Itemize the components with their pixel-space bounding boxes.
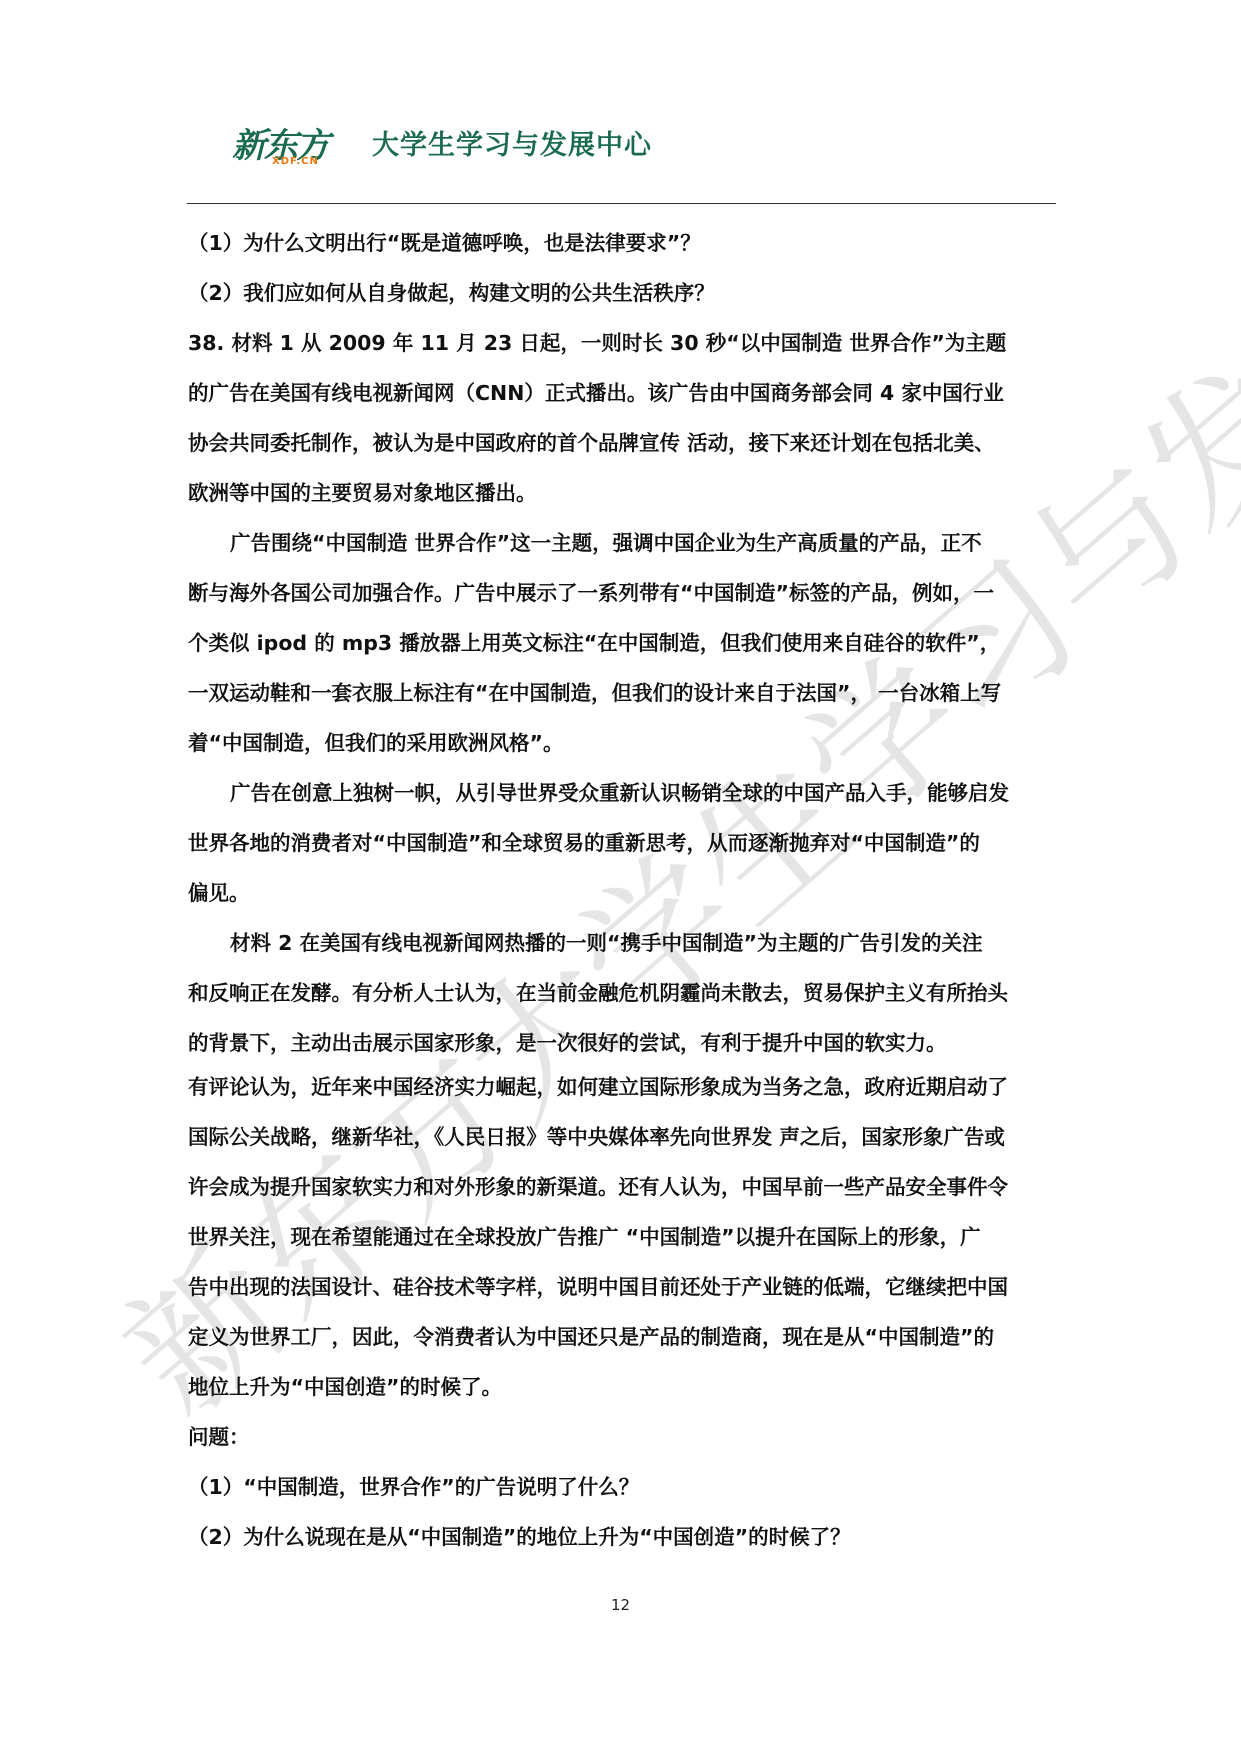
paragraph-line: 欧洲等中国的主要贸易对象地区播出。 xyxy=(188,468,1056,518)
question-line: （2）我们应如何从自身做起，构建文明的公共生活秩序？ xyxy=(188,268,1056,318)
center-title: 大学生学习与发展中心 xyxy=(372,124,652,168)
header-divider xyxy=(187,203,1056,204)
page-header: 新东方 XDF.CN 大学生学习与发展中心 xyxy=(232,124,652,168)
paragraph-line: 的背景下，主动出击展示国家形象，是一次很好的尝试，有利于提升中国的软实力。 xyxy=(188,1018,1056,1068)
paragraph-line: 国际公关战略，继新华社，《人民日报》等中央媒体率先向世界发 声之后，国家形象广告… xyxy=(188,1112,1056,1162)
paragraph-line: 协会共同委托制作，被认为是中国政府的首个品牌宣传 活动，接下来还计划在包括北美、 xyxy=(188,418,1056,468)
page-number: 12 xyxy=(0,1596,1241,1614)
paragraph-line: 着“中国制造，但我们的采用欧洲风格”。 xyxy=(188,718,1056,768)
logo-sub-text: XDF.CN xyxy=(272,156,319,167)
paragraph-line: 世界关注，现在希望能通过在全球投放广告推广 “中国制造”以提升在国际上的形象，广 xyxy=(188,1212,1056,1262)
paragraph-line: 地位上升为“中国创造”的时候了。 xyxy=(188,1362,1056,1412)
paragraph-line: 断与海外各国公司加强合作。广告中展示了一系列带有“中国制造”标签的产品，例如，一 xyxy=(188,568,1056,618)
paragraph-line: 偏见。 xyxy=(188,868,1056,918)
question-line: （1）“中国制造，世界合作”的广告说明了什么？ xyxy=(188,1462,1056,1512)
paragraph-line: 广告围绕“中国制造 世界合作”这一主题，强调中国企业为生产高质量的产品，正不 xyxy=(188,518,1056,568)
paragraph-line: 一双运动鞋和一套衣服上标注有“在中国制造，但我们的设计来自于法国”， 一台冰箱上… xyxy=(188,668,1056,718)
paragraph-line: 材料 2 在美国有线电视新闻网热播的一则“携手中国制造”为主题的广告引发的关注 xyxy=(188,918,1056,968)
questions-heading: 问题： xyxy=(188,1412,1056,1462)
paragraph-line: 广告在创意上独树一帜，从引导世界受众重新认识畅销全球的中国产品入手，能够启发 xyxy=(188,768,1056,818)
paragraph-line: 38. 材料 1 从 2009 年 11 月 23 日起，一则时长 30 秒“以… xyxy=(188,318,1056,368)
paragraph-line: 世界各地的消费者对“中国制造”和全球贸易的重新思考，从而逐渐抛弃对“中国制造”的 xyxy=(188,818,1056,868)
paragraph-line: 和反响正在发酵。有分析人士认为，在当前金融危机阴霾尚未散去，贸易保护主义有所抬头 xyxy=(188,968,1056,1018)
paragraph-line: 有评论认为，近年来中国经济实力崛起，如何建立国际形象成为当务之急，政府近期启动了 xyxy=(188,1062,1056,1112)
paragraph-line: 的广告在美国有线电视新闻网（CNN）正式播出。该广告由中国商务部会同 4 家中国… xyxy=(188,368,1056,418)
paragraph-line: 许会成为提升国家软实力和对外形象的新渠道。还有人认为，中国早前一些产品安全事件令 xyxy=(188,1162,1056,1212)
paragraph-line: 定义为世界工厂，因此，令消费者认为中国还只是产品的制造商，现在是从“中国制造”的 xyxy=(188,1312,1056,1362)
paragraph-line: 告中出现的法国设计、硅谷技术等字样，说明中国目前还处于产业链的低端，它继续把中国 xyxy=(188,1262,1056,1312)
document-body: （1）为什么文明出行“既是道德呼唤，也是法律要求”？ （2）我们应如何从自身做起… xyxy=(188,218,1056,1562)
xdf-logo: 新东方 XDF.CN xyxy=(232,124,350,168)
question-line: （2）为什么说现在是从“中国制造”的地位上升为“中国创造”的时候了？ xyxy=(188,1512,1056,1562)
paragraph-line: 个类似 ipod 的 mp3 播放器上用英文标注“在中国制造，但我们使用来自硅谷… xyxy=(188,618,1056,668)
question-line: （1）为什么文明出行“既是道德呼唤，也是法律要求”？ xyxy=(188,218,1056,268)
